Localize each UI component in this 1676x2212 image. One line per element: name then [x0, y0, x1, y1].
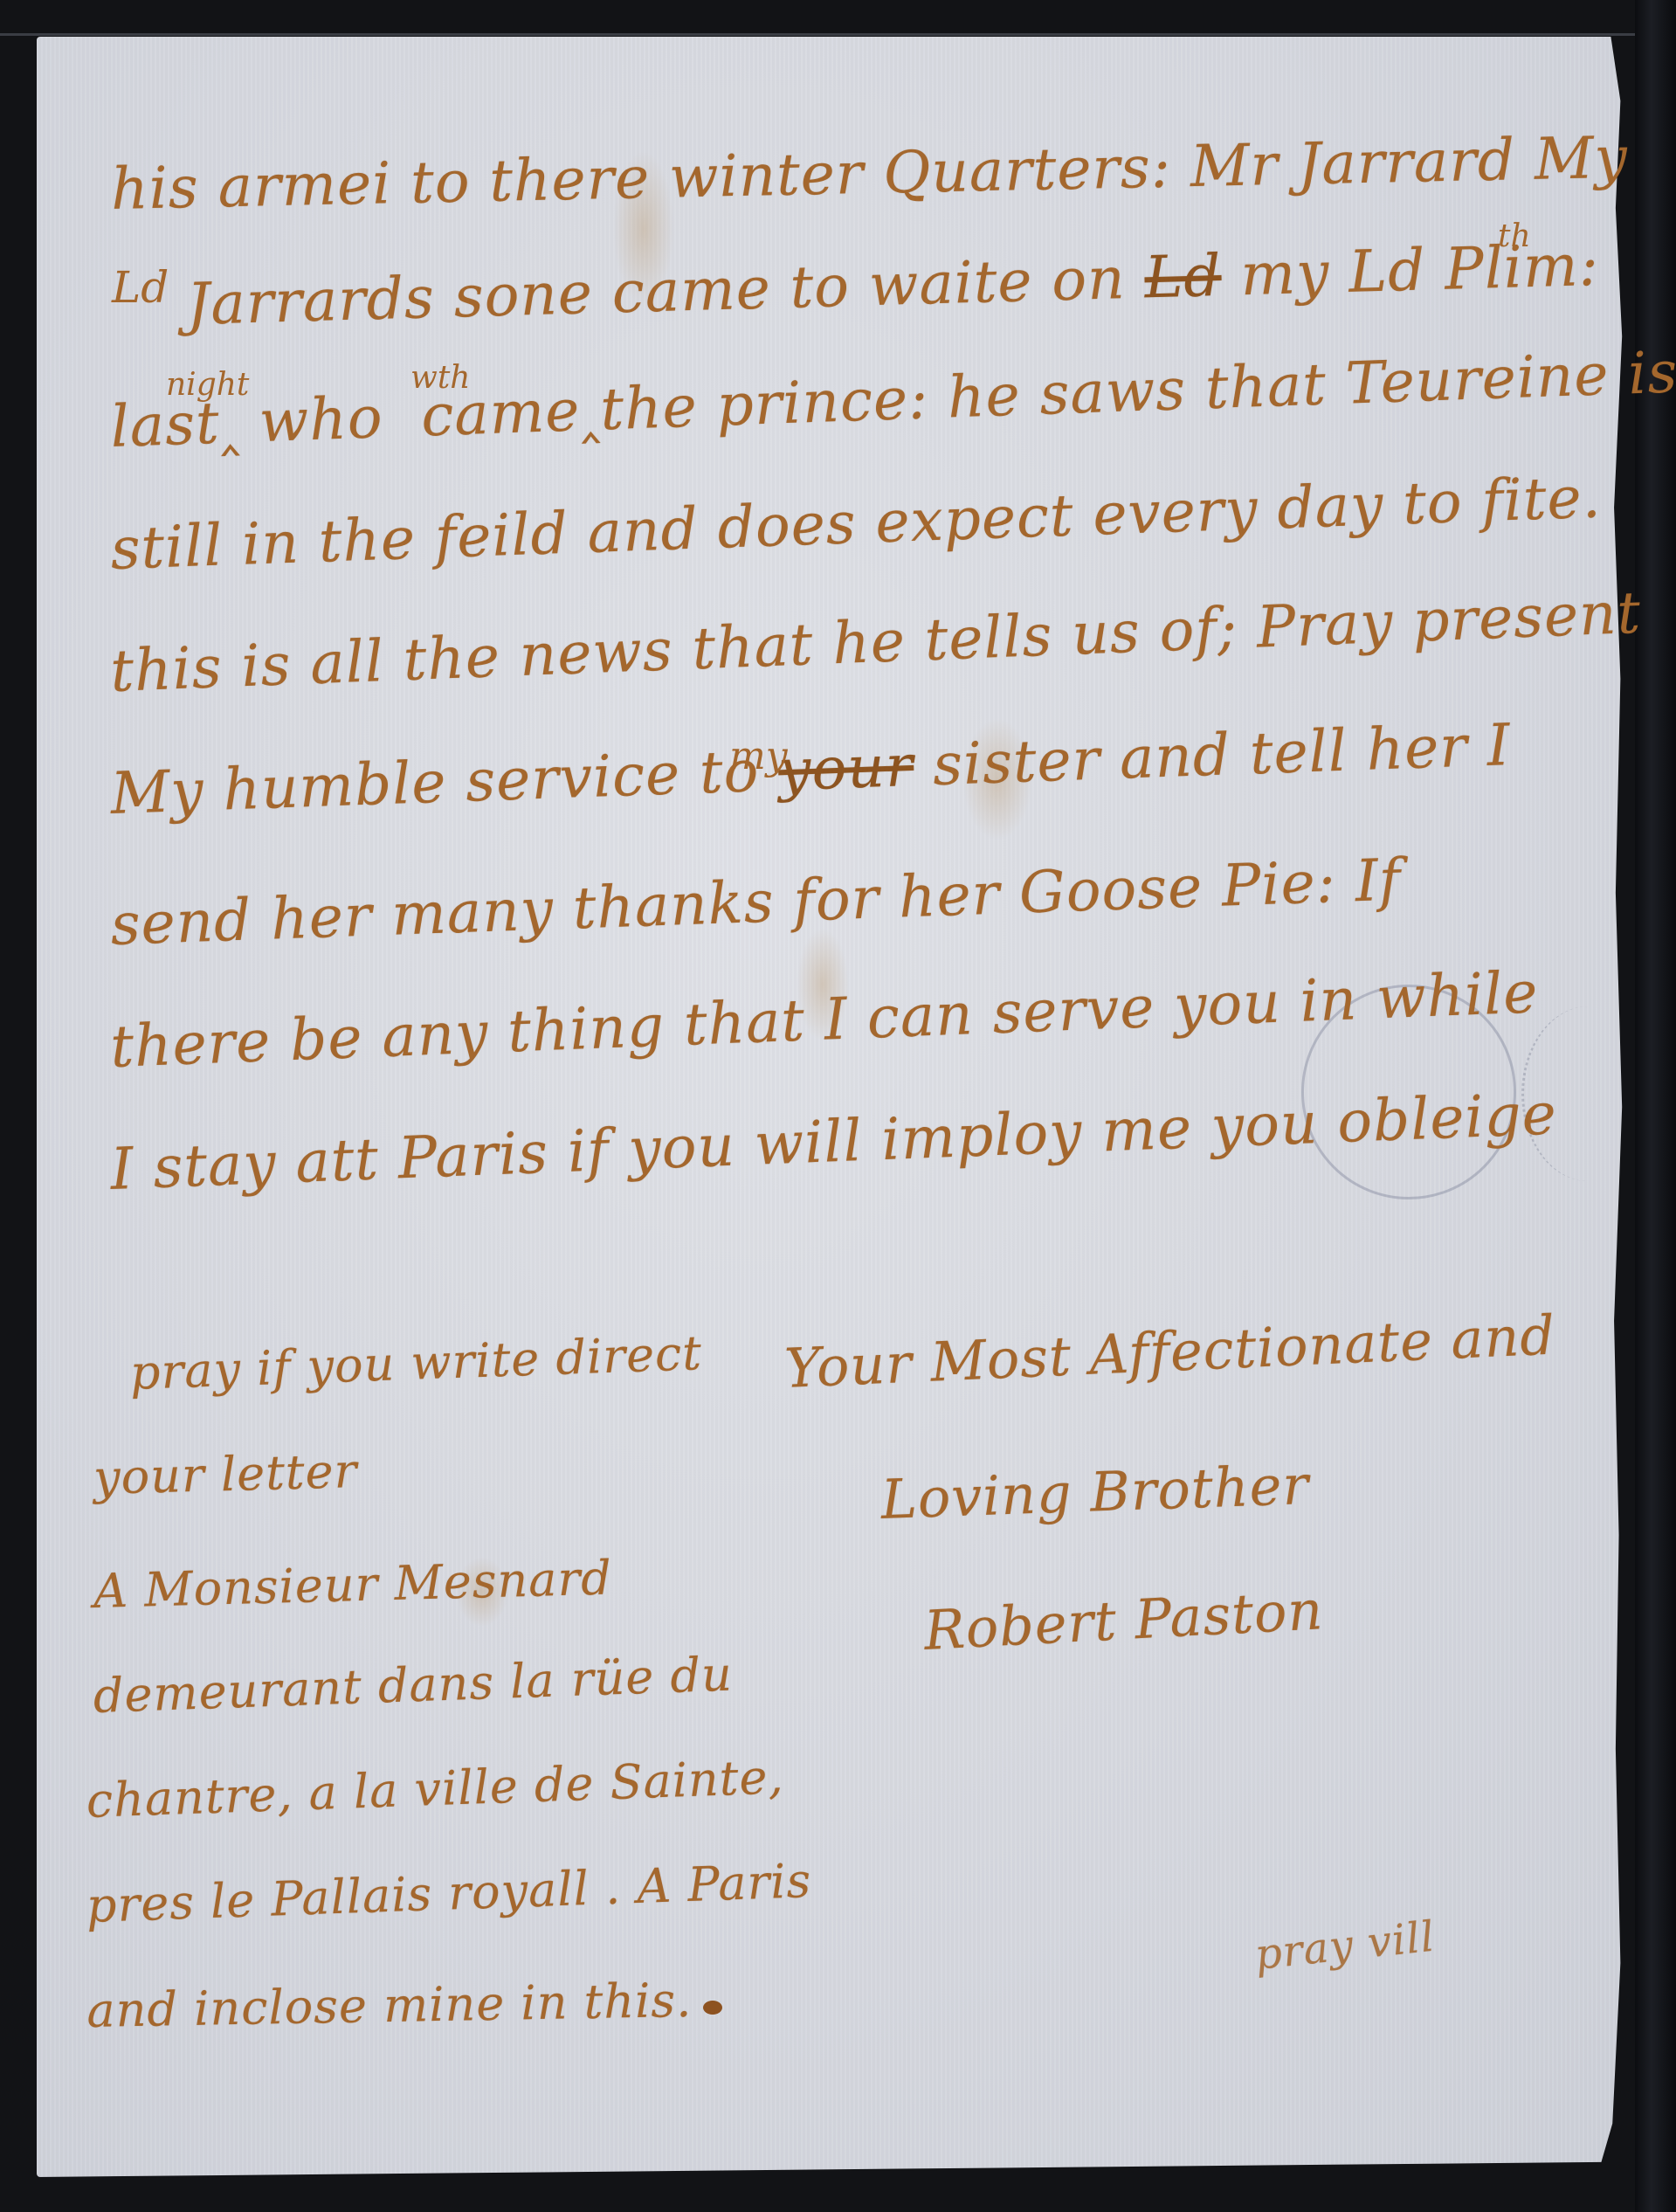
address-line-5: and inclose mine in this.	[86, 1973, 693, 2038]
struck-text: your	[777, 732, 915, 804]
caret-insert-with: wth	[410, 360, 470, 396]
superscript-ld: Ld	[112, 262, 169, 313]
frame-edge-top	[0, 33, 1676, 36]
superscript-th: th	[1498, 218, 1531, 254]
postscript-line-2: your letter	[93, 1443, 358, 1505]
ink-blot	[703, 2001, 722, 2015]
body-line-2-tail: my Ld Plim:	[1220, 232, 1599, 309]
insert-my: my	[729, 734, 788, 778]
frame-edge-right	[1635, 0, 1676, 2212]
struck-text: Ld	[1143, 242, 1222, 311]
caret-insert-night: night	[166, 367, 249, 403]
